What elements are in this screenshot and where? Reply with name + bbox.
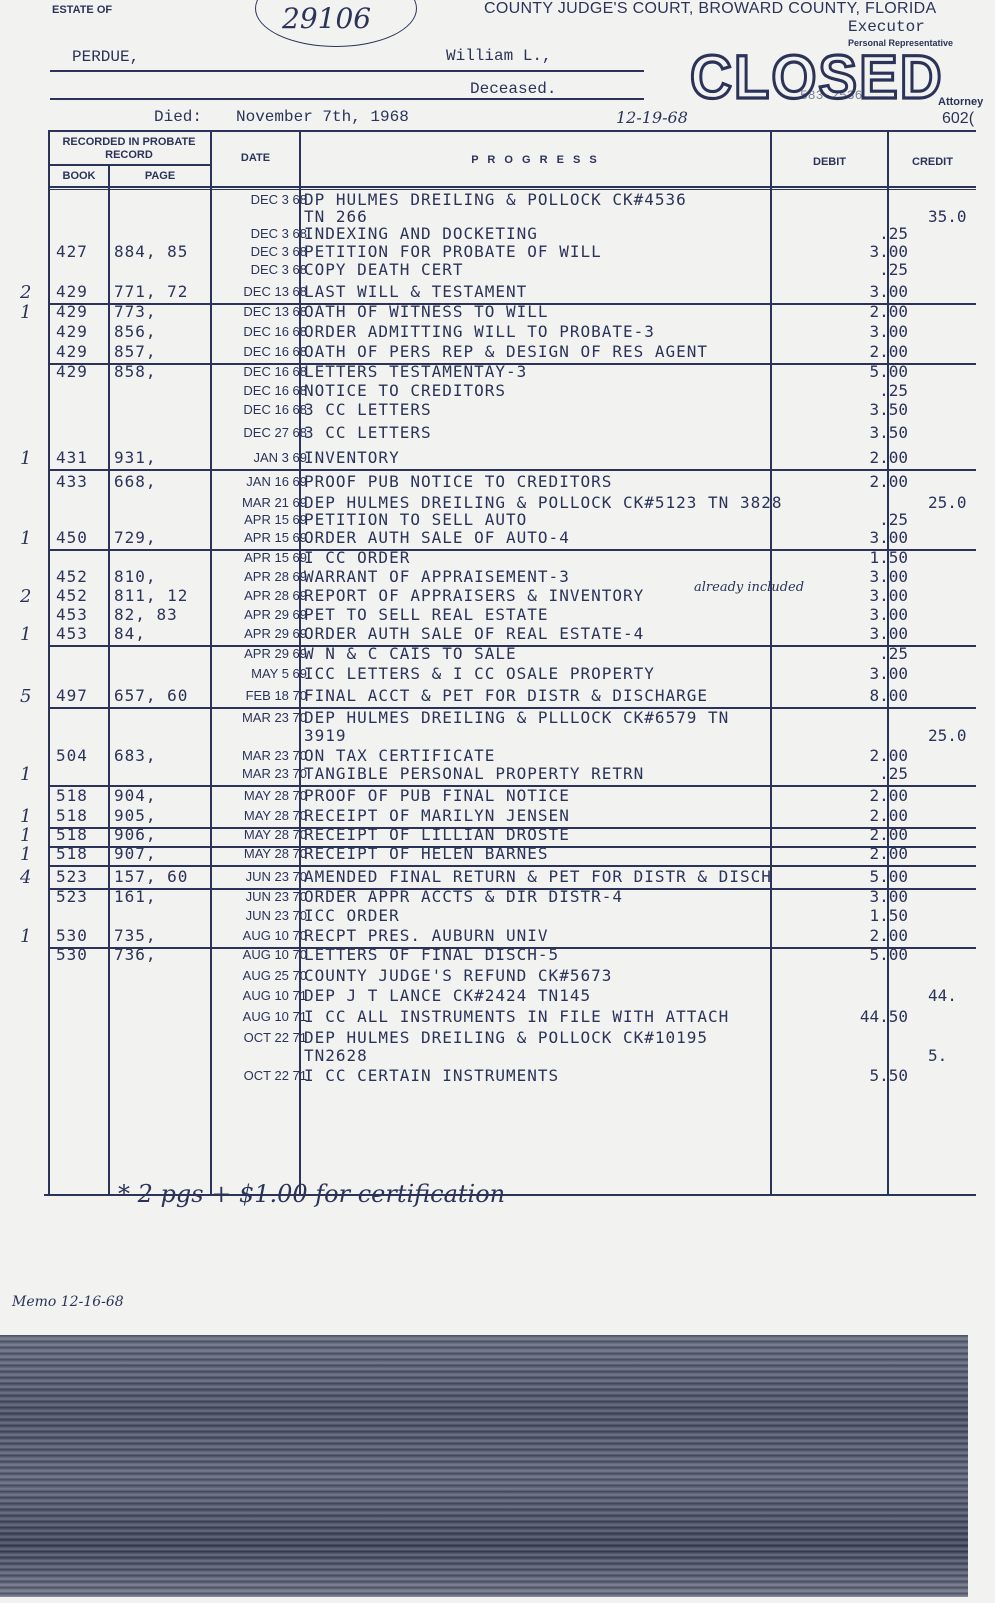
- cell-date: JUN 23 70: [212, 869, 307, 884]
- cell-date: APR 15 69: [212, 550, 307, 565]
- cell-progress: DEP HULMES DREILING & PLLLOCK CK#6579 TN: [304, 708, 924, 727]
- table-row: 429856,DEC 16 68ORDER ADMITTING WILL TO …: [48, 322, 976, 343]
- cell-book: 433: [56, 472, 106, 491]
- cell-date: DEC 16 68: [212, 344, 307, 359]
- executor-label: Executor: [848, 18, 925, 36]
- cell-book: 431: [56, 448, 106, 467]
- table-row: 452810,APR 28 69WARRANT OF APPRAISEMENT-…: [48, 567, 976, 588]
- cell-date: DEC 3 68: [212, 262, 307, 277]
- cell-credit: 5.: [928, 1046, 988, 1065]
- cell-debit: 2.00: [798, 806, 908, 825]
- cell-date: MAY 28 70: [212, 808, 307, 823]
- cell-page: 905,: [114, 806, 214, 825]
- table-row: AUG 10 71DEP J T LANCE CK#2424 TN14544.: [48, 986, 976, 1007]
- cell-page: 907,: [114, 844, 214, 863]
- table-row: 530736,AUG 10 70LETTERS OF FINAL DISCH-5…: [48, 945, 976, 966]
- cell-book: 427: [56, 242, 106, 261]
- cell-page: 856,: [114, 322, 214, 341]
- table-row: 391925.0: [48, 726, 976, 747]
- cell-page: 161,: [114, 887, 214, 906]
- cell-debit: 3.50: [798, 400, 908, 419]
- cell-debit: 5.00: [798, 867, 908, 886]
- cell-mark: 1: [20, 806, 31, 827]
- attorney-number: 602(: [942, 110, 974, 128]
- cell-debit: 3.00: [798, 322, 908, 341]
- cell-mark: 1: [20, 528, 31, 549]
- cell-page: 729,: [114, 528, 214, 547]
- table-row: 45382, 83APR 29 69PET TO SELL REAL ESTAT…: [48, 605, 976, 626]
- cell-date: MAY 28 70: [212, 846, 307, 861]
- cell-debit: 3.50: [798, 423, 908, 442]
- table-row: 1431931,JAN 3 69INVENTORY2.00: [48, 448, 976, 471]
- cell-book: 497: [56, 686, 106, 705]
- header-recorded-in: RECORDED IN PROBATE RECORD: [50, 136, 208, 162]
- cell-credit: 44.: [928, 986, 988, 1005]
- table-row: MAY 5 69ICC LETTERS & I CC OSALE PROPERT…: [48, 664, 976, 685]
- memo-note: Memo 12-16-68: [12, 1294, 124, 1310]
- header-page: PAGE: [110, 170, 210, 182]
- cell-debit: 44.50: [798, 1007, 908, 1026]
- cell-credit: 25.0: [928, 726, 988, 745]
- cell-date: MAY 28 70: [212, 788, 307, 803]
- table-row: 1MAR 23 70TANGIBLE PERSONAL PROPERTY RET…: [48, 764, 976, 787]
- table-row: AUG 25 70COUNTY JUDGE'S REFUND CK#5673: [48, 966, 976, 987]
- cell-book: 429: [56, 362, 106, 381]
- cell-progress: TN2628: [304, 1046, 924, 1065]
- table-row: APR 15 69I CC ORDER1.50: [48, 548, 976, 569]
- case-number-handwritten: 29106: [282, 2, 371, 35]
- cell-date: APR 29 69: [212, 646, 307, 661]
- cell-date: APR 15 69: [212, 512, 307, 527]
- cell-debit: 1.50: [798, 548, 908, 567]
- cell-date: MAR 23 70: [212, 748, 307, 763]
- deceased-label: Deceased.: [470, 80, 556, 98]
- name-rule: [50, 70, 644, 72]
- cell-book: 523: [56, 867, 106, 886]
- cell-progress: 3919: [304, 726, 924, 745]
- cell-debit: 2.00: [798, 302, 908, 321]
- cell-date: APR 28 69: [212, 588, 307, 603]
- cell-date: AUG 10 71: [212, 988, 307, 1003]
- cell-date: DEC 3 68: [212, 192, 307, 207]
- cell-book: 518: [56, 844, 106, 863]
- cell-mark: 2: [20, 586, 31, 607]
- table-row: DEC 16 683 CC LETTERS3.50: [48, 400, 976, 421]
- cell-page: 657, 60: [114, 686, 214, 705]
- table-row: 5497657, 60FEB 18 70FINAL ACCT & PET FOR…: [48, 686, 976, 709]
- cell-mark: 1: [20, 825, 31, 846]
- cell-mark: 1: [20, 764, 31, 785]
- table-top-rule: [48, 130, 976, 132]
- cell-debit: 2.00: [798, 786, 908, 805]
- cell-debit: 3.00: [798, 664, 908, 683]
- handwritten-certification-note: * 2 pgs + $1.00 for certification: [118, 1180, 505, 1208]
- table-row: 523161,JUN 23 70ORDER APPR ACCTS & DIR D…: [48, 887, 976, 908]
- cell-page: 858,: [114, 362, 214, 381]
- header-progress: P R O G R E S S: [301, 154, 770, 166]
- cell-book: 518: [56, 786, 106, 805]
- phone-number: 583-2536: [800, 88, 862, 103]
- cell-debit: .25: [798, 260, 908, 279]
- cell-date: JAN 3 69: [212, 450, 307, 465]
- table-row: TN26285.: [48, 1046, 976, 1067]
- cell-progress: COUNTY JUDGE'S REFUND CK#5673: [304, 966, 924, 985]
- cell-debit: 2.00: [798, 448, 908, 467]
- cell-debit: 3.00: [798, 887, 908, 906]
- cell-book: 429: [56, 302, 106, 321]
- handwritten-annotation: already included: [694, 580, 804, 595]
- cell-debit: .25: [798, 644, 908, 663]
- cell-date: OCT 22 71: [212, 1030, 307, 1045]
- cell-mark: 1: [20, 926, 31, 947]
- header-date: DATE: [212, 152, 299, 164]
- decedent-given-name: William L.,: [446, 47, 552, 65]
- deceased-rule: [50, 98, 644, 100]
- cell-book: 453: [56, 624, 106, 643]
- header-credit: CREDIT: [889, 156, 976, 168]
- cell-date: DEC 3 68: [212, 244, 307, 259]
- cell-book: 523: [56, 887, 106, 906]
- attorney-label: Attorney: [938, 96, 983, 108]
- cell-debit: 3.00: [798, 586, 908, 605]
- cell-date: DEC 16 68: [212, 364, 307, 379]
- cell-book: 530: [56, 945, 106, 964]
- cell-debit: 2.00: [798, 342, 908, 361]
- cell-date: APR 15 69: [212, 530, 307, 545]
- died-date: November 7th, 1968: [236, 108, 409, 126]
- header-debit: DEBIT: [772, 156, 887, 168]
- table-row: APR 29 69W N & C CAIS TO SALE.25: [48, 644, 976, 665]
- cell-debit: 3.00: [798, 282, 908, 301]
- cell-date: OCT 22 71: [212, 1068, 307, 1083]
- table-row: 1518907,MAY 28 70RECEIPT OF HELEN BARNES…: [48, 844, 976, 867]
- cell-date: MAY 5 69: [212, 666, 307, 681]
- cell-debit: 8.00: [798, 686, 908, 705]
- cell-page: 904,: [114, 786, 214, 805]
- cell-date: MAY 28 70: [212, 827, 307, 842]
- cell-page: 82, 83: [114, 605, 214, 624]
- header-book: BOOK: [50, 170, 108, 182]
- table-row: DEC 3 68COPY DEATH CERT.25: [48, 260, 976, 281]
- cell-book: 429: [56, 342, 106, 361]
- cell-mark: 4: [20, 867, 31, 888]
- table-row: 429858,DEC 16 68LETTERS TESTAMENTAY-35.0…: [48, 362, 976, 383]
- cell-debit: .25: [798, 764, 908, 783]
- cell-book: 530: [56, 926, 106, 945]
- cell-date: DEC 16 68: [212, 402, 307, 417]
- cell-debit: 2.00: [798, 844, 908, 863]
- cell-page: 668,: [114, 472, 214, 491]
- cell-debit: 2.00: [798, 926, 908, 945]
- cell-page: 857,: [114, 342, 214, 361]
- cell-mark: 2: [20, 282, 31, 303]
- cell-book: 429: [56, 322, 106, 341]
- cell-date: JAN 16 69: [212, 474, 307, 489]
- table-row: 518904,MAY 28 70PROOF OF PUB FINAL NOTIC…: [48, 786, 976, 807]
- scan-smudge-area: [0, 1335, 968, 1597]
- cell-debit: 3.00: [798, 567, 908, 586]
- cell-page: 157, 60: [114, 867, 214, 886]
- cell-date: DEC 3 68: [212, 226, 307, 241]
- cell-debit: 5.00: [798, 945, 908, 964]
- cell-date: AUG 10 70: [212, 928, 307, 943]
- cell-page: 906,: [114, 825, 214, 844]
- cell-debit: 2.00: [798, 472, 908, 491]
- cell-mark: 1: [20, 448, 31, 469]
- cell-book: 450: [56, 528, 106, 547]
- cell-debit: 3.00: [798, 528, 908, 547]
- cell-book: 452: [56, 586, 106, 605]
- cell-date: APR 29 69: [212, 607, 307, 622]
- cell-debit: 3.00: [798, 624, 908, 643]
- cell-date: MAR 23 70: [212, 710, 307, 725]
- cell-date: JUN 23 70: [212, 889, 307, 904]
- cell-book: 504: [56, 746, 106, 765]
- cell-date: AUG 10 70: [212, 947, 307, 962]
- cell-debit: 3.00: [798, 242, 908, 261]
- handwritten-date: 12-19-68: [616, 108, 688, 127]
- cell-debit: 5.00: [798, 362, 908, 381]
- died-label: Died:: [154, 108, 202, 126]
- table-row: 1429773,DEC 13 68OATH OF WITNESS TO WILL…: [48, 302, 976, 323]
- cell-debit: 3.00: [798, 605, 908, 624]
- decedent-surname: PERDUE,: [72, 48, 139, 66]
- cell-debit: 1.50: [798, 906, 908, 925]
- cell-page: 931,: [114, 448, 214, 467]
- cell-date: APR 29 69: [212, 626, 307, 641]
- estate-of-label: ESTATE OF: [52, 4, 112, 16]
- cell-page: 884, 85: [114, 242, 214, 261]
- table-row: JUN 23 70ICC ORDER1.50: [48, 906, 976, 927]
- table-row: DEC 27 683 CC LETTERS3.50: [48, 423, 976, 444]
- cell-mark: 1: [20, 844, 31, 865]
- probate-record-page: ESTATE OF 29106 COUNTY JUDGE'S COURT, BR…: [0, 0, 995, 1603]
- cell-debit: 2.00: [798, 746, 908, 765]
- header-bottom-rule: [48, 186, 976, 188]
- table-row: 433668,JAN 16 69PROOF PUB NOTICE TO CRED…: [48, 472, 976, 493]
- cell-page: 683,: [114, 746, 214, 765]
- cell-book: 518: [56, 806, 106, 825]
- cell-page: 773,: [114, 302, 214, 321]
- cell-page: 811, 12: [114, 586, 214, 605]
- cell-mark: 1: [20, 624, 31, 645]
- cell-page: 84,: [114, 624, 214, 643]
- cell-date: MAR 23 70: [212, 766, 307, 781]
- cell-book: 518: [56, 825, 106, 844]
- cell-debit: .25: [798, 510, 908, 529]
- cell-book: 429: [56, 282, 106, 301]
- cell-date: FEB 18 70: [212, 688, 307, 703]
- court-title: COUNTY JUDGE'S COURT, BROWARD COUNTY, FL…: [484, 0, 936, 18]
- cell-mark: 1: [20, 302, 31, 323]
- cell-debit: 2.00: [798, 825, 908, 844]
- cell-date: MAR 21 69: [212, 495, 307, 510]
- cell-debit: .25: [798, 224, 908, 243]
- cell-debit: 5.50: [798, 1066, 908, 1085]
- cell-progress: DEP HULMES DREILING & POLLOCK CK#10195: [304, 1028, 924, 1047]
- table-row: DEC 16 68NOTICE TO CREDITORS.25: [48, 381, 976, 402]
- cell-debit: .25: [798, 381, 908, 400]
- cell-page: 736,: [114, 945, 214, 964]
- cell-date: DEC 13 68: [212, 284, 307, 299]
- table-row: OCT 22 71I CC CERTAIN INSTRUMENTS5.50: [48, 1066, 976, 1087]
- table-row: AUG 10 71I CC ALL INSTRUMENTS IN FILE WI…: [48, 1007, 976, 1028]
- cell-date: DEC 27 68: [212, 425, 307, 440]
- cell-page: 810,: [114, 567, 214, 586]
- cell-book: 453: [56, 605, 106, 624]
- cell-book: 452: [56, 567, 106, 586]
- cell-date: DEC 13 68: [212, 304, 307, 319]
- cell-page: 735,: [114, 926, 214, 945]
- cell-date: JUN 23 70: [212, 908, 307, 923]
- header-split-rule: [48, 164, 210, 166]
- cell-date: AUG 25 70: [212, 968, 307, 983]
- cell-date: APR 28 69: [212, 569, 307, 584]
- table-row: 2452811, 12APR 28 69REPORT OF APPRAISERS…: [48, 586, 976, 607]
- cell-date: AUG 10 71: [212, 1009, 307, 1024]
- cell-date: DEC 16 68: [212, 383, 307, 398]
- cell-page: 771, 72: [114, 282, 214, 301]
- cell-mark: 5: [20, 686, 31, 707]
- cell-progress: DEP J T LANCE CK#2424 TN145: [304, 986, 924, 1005]
- cell-date: DEC 16 68: [212, 324, 307, 339]
